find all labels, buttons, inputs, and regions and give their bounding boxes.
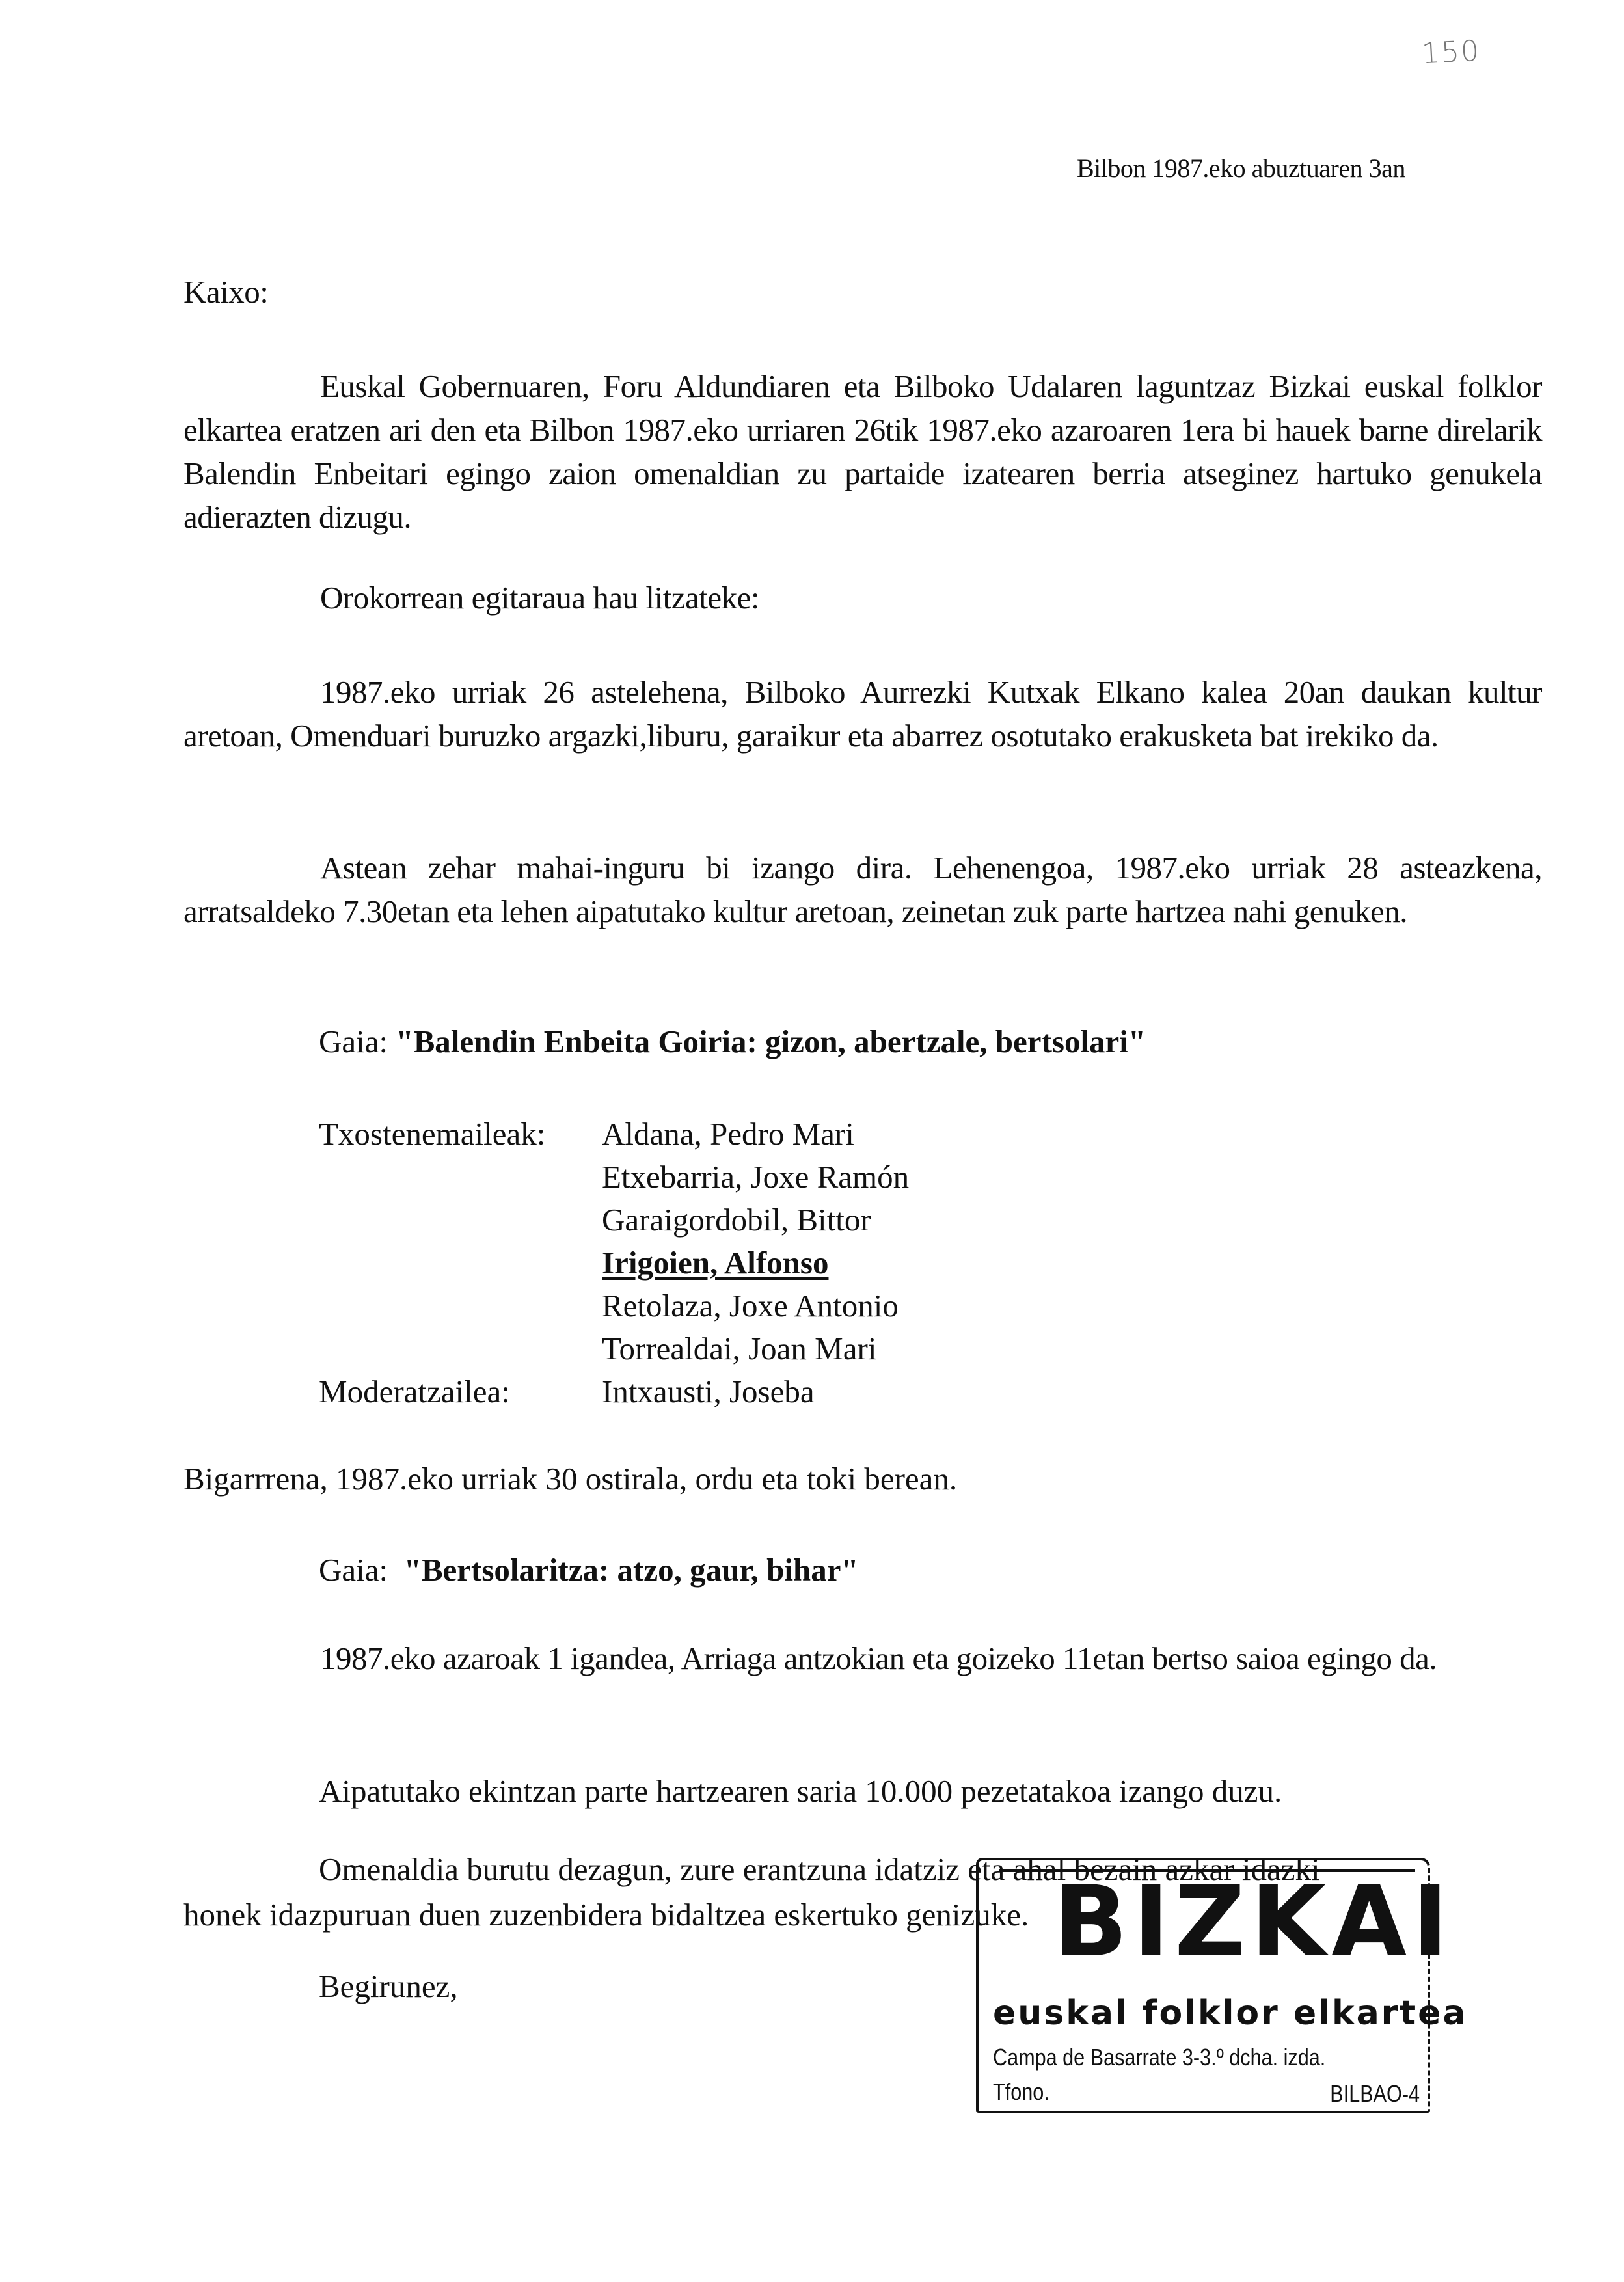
stamp-organization: euskal folklor elkartea <box>993 1994 1468 2033</box>
round-tables-paragraph: Astean zehar mahai-inguru bi izango dira… <box>183 846 1542 933</box>
speaker-item: Retolaza, Joxe Antonio <box>602 1284 899 1327</box>
speaker-item-highlighted: Irigoien, Alfonso <box>602 1242 828 1284</box>
topic-2-label: Gaia: <box>319 1552 388 1588</box>
speakers-label: Txostenemaileak: <box>319 1113 545 1156</box>
program-intro: Orokorrean egitaraua hau litzateke: <box>183 576 1542 619</box>
fee-paragraph: Aipatutako ekintzan parte hartzearen sar… <box>319 1770 1282 1813</box>
sign-off: Begirunez, <box>319 1965 458 2008</box>
organization-stamp: BIZKAI euskal folklor elkartea Campa de … <box>976 1858 1430 2113</box>
speaker-item: Torrealdai, Joan Mari <box>602 1327 876 1370</box>
moderator-label: Moderatzailea: <box>319 1370 510 1413</box>
topic-2: Gaia: "Bertsolaritza: atzo, gaur, bihar" <box>319 1549 859 1592</box>
round-table-2-intro: Bigarrrena, 1987.eko urriak 30 ostirala,… <box>183 1458 957 1501</box>
speaker-item: Etxebarria, Joxe Ramón <box>602 1156 909 1199</box>
moderator-name: Intxausti, Joseba <box>602 1370 815 1413</box>
page-number-handwritten: 150 <box>1421 34 1482 71</box>
exhibition-paragraph: 1987.eko urriak 26 astelehena, Bilboko A… <box>183 670 1542 757</box>
speaker-item: Garaigordobil, Bittor <box>602 1199 871 1242</box>
place-date: Bilbon 1987.eko abuztuaren 3an <box>1077 146 1405 190</box>
stamp-title: BIZKAI <box>1053 1873 1454 1971</box>
stamp-city: BILBAO-4 <box>1330 2080 1420 2108</box>
stamp-phone-label: Tfono. <box>993 2078 1049 2106</box>
greeting: Kaixo: <box>183 270 268 314</box>
bertso-saioa-paragraph: 1987.eko azaroak 1 igandea, Arriaga antz… <box>183 1637 1542 1680</box>
speaker-item: Aldana, Pedro Mari <box>602 1113 854 1156</box>
topic-2-title: "Bertsolaritza: atzo, gaur, bihar" <box>404 1552 859 1588</box>
reply-line-2: honek idazpuruan duen zuzenbidera bidalt… <box>183 1894 1029 1936</box>
stamp-address: Campa de Basarrate 3-3.º dcha. izda. <box>993 2044 1325 2071</box>
topic-1-title: "Balendin Enbeita Goiria: gizon, abertza… <box>396 1024 1146 1059</box>
topic-1: Gaia: "Balendin Enbeita Goiria: gizon, a… <box>319 1020 1146 1063</box>
topic-1-label: Gaia: <box>319 1024 388 1059</box>
intro-paragraph: Euskal Gobernuaren, Foru Aldundiaren eta… <box>183 364 1542 539</box>
